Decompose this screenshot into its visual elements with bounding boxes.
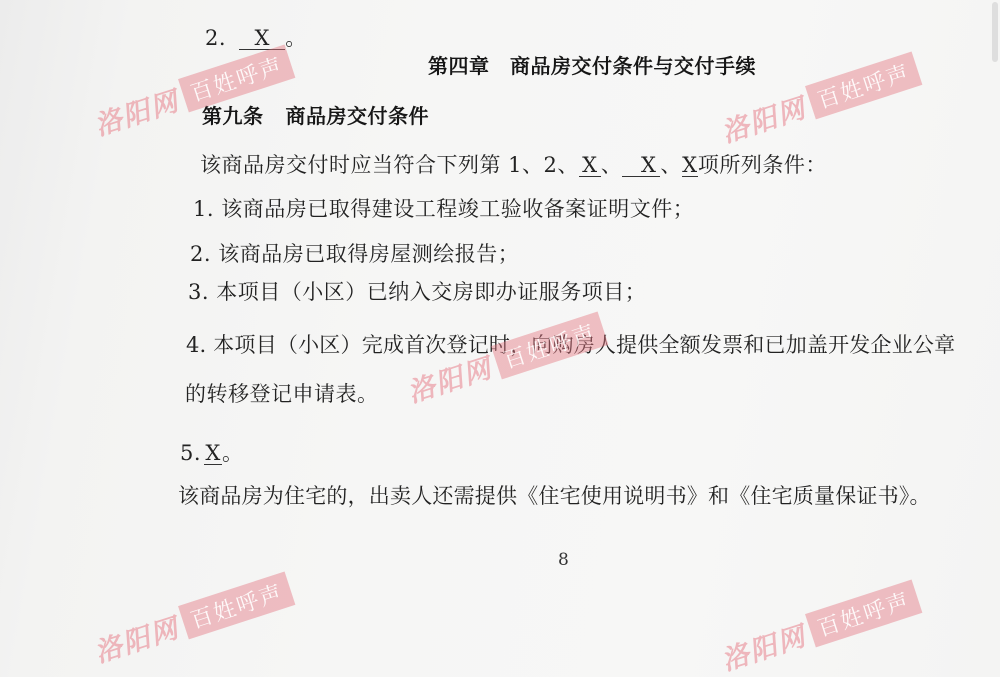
watermark: 洛阳网 百姓呼声 bbox=[402, 310, 609, 410]
condition-item: 4. 本项目（小区）完成首次登记时，向购房人提供全额发票和已加盖开发企业公章 bbox=[186, 329, 955, 359]
watermark: 洛阳网 百姓呼声 bbox=[716, 578, 923, 677]
blank-field: X bbox=[239, 27, 285, 50]
blank-field: X bbox=[204, 442, 222, 465]
residential-note: 该商品房为住宅的，出卖人还需提供《住宅使用说明书》和《住宅质量保证书》。 bbox=[178, 480, 931, 510]
watermark-logo-text: 洛阳网 bbox=[89, 79, 184, 143]
intro-prefix: 该商品房交付时应当符合下列第 1、2、 bbox=[200, 153, 579, 177]
conditions-intro: 该商品房交付时应当符合下列第 1、2、X、X、X项所列条件： bbox=[200, 149, 827, 179]
blank-field-1: X bbox=[579, 154, 601, 177]
watermark-box-text: 百姓呼声 bbox=[178, 572, 295, 640]
intro-suffix: 项所列条件： bbox=[698, 153, 827, 177]
item-number: 2. bbox=[205, 26, 226, 50]
item-number: 5. bbox=[180, 441, 201, 465]
condition-item: 2. 该商品房已取得房屋测绘报告； bbox=[190, 238, 519, 268]
condition-item: 3. 本项目（小区）已纳入交房即办证服务项目； bbox=[188, 276, 646, 306]
item-end-mark: 。 bbox=[222, 441, 244, 465]
article-number: 第九条 bbox=[202, 104, 264, 128]
item-end-mark: 。 bbox=[285, 26, 307, 50]
article-title: 第九条商品房交付条件 bbox=[202, 100, 429, 129]
chapter-title: 第四章 商品房交付条件与交付手续 bbox=[428, 50, 756, 79]
watermark-logo-text: 洛阳网 bbox=[716, 614, 811, 677]
separator: 、 bbox=[601, 153, 623, 177]
condition-item: 1. 该商品房已取得建设工程竣工验收备案证明文件； bbox=[193, 193, 694, 223]
watermark-logo-text: 洛阳网 bbox=[89, 606, 184, 670]
blank-field-2: X bbox=[622, 154, 660, 177]
document-page: 2. X。 第四章 商品房交付条件与交付手续 第九条商品房交付条件 该商品房交付… bbox=[0, 0, 1000, 677]
blank-field-3: X bbox=[682, 154, 698, 177]
watermark-box-text: 百姓呼声 bbox=[805, 580, 922, 648]
watermark: 洛阳网 百姓呼声 bbox=[89, 570, 296, 670]
condition-item-continued: 的转移登记申请表。 bbox=[185, 378, 379, 408]
article-heading: 商品房交付条件 bbox=[286, 104, 430, 128]
separator: 、 bbox=[660, 153, 682, 177]
watermark-logo-text: 洛阳网 bbox=[716, 86, 811, 150]
item-5: 5.X。 bbox=[180, 437, 244, 467]
scrollbar[interactable] bbox=[992, 2, 998, 62]
prev-item-2: 2. X。 bbox=[205, 22, 307, 52]
page-number: 8 bbox=[558, 550, 569, 570]
watermark-box-text: 百姓呼声 bbox=[805, 52, 922, 120]
